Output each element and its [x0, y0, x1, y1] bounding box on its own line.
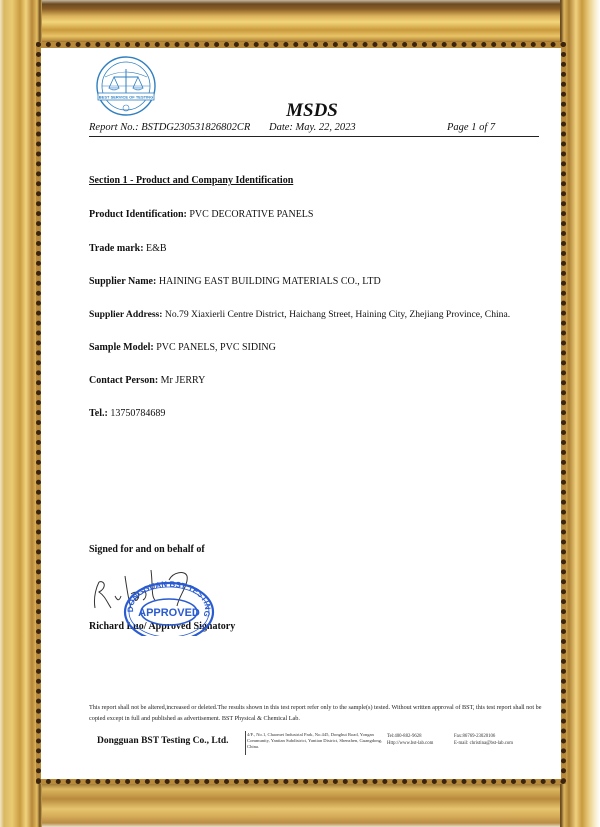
field-label: Supplier Address:	[89, 309, 163, 320]
header-divider	[89, 136, 539, 137]
signed-on-behalf-label: Signed for and on behalf of	[89, 544, 205, 555]
footer-company-name: Dongguan BST Testing Co., Ltd.	[97, 736, 229, 746]
svg-text:APPROVED: APPROVED	[138, 607, 200, 619]
field-sample-model: Sample Model: PVC PANELS, PVC SIDING	[89, 342, 276, 353]
legal-disclaimer: This report shall not be altered,increas…	[89, 702, 549, 724]
field-value: 13750784689	[110, 408, 165, 419]
field-label: Contact Person:	[89, 375, 158, 386]
footer-divider	[245, 731, 246, 755]
field-value: No.79 Xiaxierli Centre District, Haichan…	[165, 309, 510, 320]
footer-fax-email: Fax:86769-23020106 E-mail: christina@bst…	[454, 734, 513, 747]
report-header: Report No.: BSTDG230531826802CR Date: Ma…	[89, 122, 539, 136]
page-indicator: Page 1 of 7	[447, 122, 495, 133]
field-value: Mr JERRY	[161, 375, 206, 386]
field-label: Sample Model:	[89, 342, 154, 353]
footer-address: 4/F., No.1, Chaomei Industrial Park, No.…	[247, 732, 383, 750]
frame-bottom-molding	[0, 777, 600, 827]
gold-picture-frame: BEST SERVICE OF TESTING MSDS Report No.:…	[0, 0, 600, 827]
field-supplier-address: Supplier Address: No.79 Xiaxierli Centre…	[89, 309, 510, 320]
field-value: PVC DECORATIVE PANELS	[189, 209, 313, 220]
field-tel: Tel.: 13750784689	[89, 408, 165, 419]
frame-top-molding	[0, 0, 600, 48]
field-value: HAINING EAST BUILDING MATERIALS CO., LTD	[159, 276, 381, 287]
field-trade-mark: Trade mark: E&B	[89, 243, 167, 254]
signature-and-approved-stamp-icon: DONGGUAN BST TESTING CO., LTD. APPROVED	[81, 556, 231, 636]
frame-right-molding	[560, 0, 600, 827]
field-label: Trade mark:	[89, 243, 144, 254]
svg-text:BEST SERVICE OF TESTING: BEST SERVICE OF TESTING	[99, 95, 153, 100]
footer-tel-web: Tel:400-882-9628 Http://www.bst-lab.com	[387, 734, 433, 747]
document-title: MSDS	[41, 100, 561, 122]
footer-email-link[interactable]: E-mail: christina@bst-lab.com	[454, 741, 513, 748]
section-title: Section 1 - Product and Company Identifi…	[89, 175, 293, 186]
report-date: Date: May. 22, 2023	[269, 122, 356, 133]
field-value: E&B	[146, 243, 167, 254]
field-contact-person: Contact Person: Mr JERRY	[89, 375, 205, 386]
field-supplier-name: Supplier Name: HAINING EAST BUILDING MAT…	[89, 276, 381, 287]
field-label: Tel.:	[89, 408, 108, 419]
field-label: Supplier Name:	[89, 276, 156, 287]
field-value: PVC PANELS, PVC SIDING	[156, 342, 276, 353]
field-label: Product Identification:	[89, 209, 187, 220]
field-product-identification: Product Identification: PVC DECORATIVE P…	[89, 209, 313, 220]
footer-website-link[interactable]: Http://www.bst-lab.com	[387, 741, 433, 748]
report-number: Report No.: BSTDG230531826802CR	[89, 122, 250, 133]
certificate-page: BEST SERVICE OF TESTING MSDS Report No.:…	[41, 48, 561, 779]
